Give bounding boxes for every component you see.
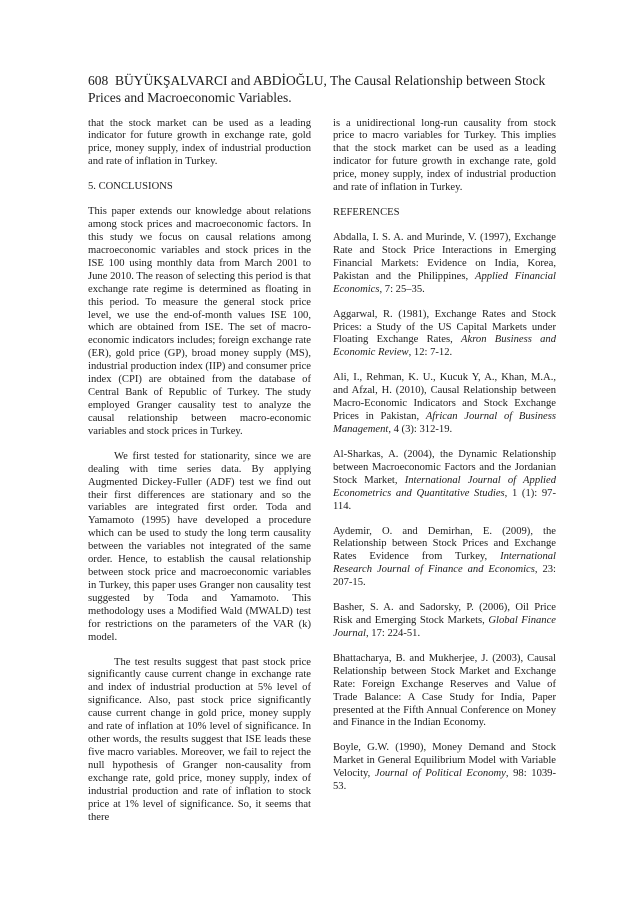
reference-text: , 12: 7-12. — [409, 347, 453, 358]
right-column: is a unidirectional long-run causality f… — [333, 118, 556, 807]
paragraph-closing: is a unidirectional long-run causality f… — [333, 118, 556, 196]
reference-text: , 7: 25–35. — [379, 284, 424, 295]
reference-item: Ali, I., Rehman, K. U., Kucuk Y, A., Kha… — [333, 372, 556, 437]
reference-list: Abdalla, I. S. A. and Murinde, V. (1997)… — [333, 232, 556, 794]
paragraph-conclusions-2: We first tested for stationarity, since … — [88, 451, 311, 645]
reference-text: , 4 (3): 312-19. — [388, 424, 452, 435]
paragraph-intro-continuation: that the stock market can be used as a l… — [88, 118, 311, 170]
section-heading-conclusions: 5. CONCLUSIONS — [88, 181, 311, 194]
reference-item: Basher, S. A. and Sadorsky, P. (2006), O… — [333, 602, 556, 641]
left-column: that the stock market can be used as a l… — [88, 118, 311, 837]
reference-text: Bhattacharya, B. and Mukherjee, J. (2003… — [333, 653, 556, 729]
reference-item: Aggarwal, R. (1981), Exchange Rates and … — [333, 309, 556, 361]
reference-item: Abdalla, I. S. A. and Murinde, V. (1997)… — [333, 232, 556, 297]
document-page: 608 BÜYÜKŞALVARCI and ABDİOĞLU, The Caus… — [0, 0, 638, 903]
two-column-body: that the stock market can be used as a l… — [88, 118, 556, 837]
paragraph-conclusions-3: The test results suggest that past stock… — [88, 657, 311, 825]
reference-item: Aydemir, O. and Demirhan, E. (2009), the… — [333, 526, 556, 591]
reference-item: Boyle, G.W. (1990), Money Demand and Sto… — [333, 742, 556, 794]
reference-text: , 17: 224-51. — [366, 628, 420, 639]
section-heading-references: REFERENCES — [333, 207, 556, 220]
reference-item: Al-Sharkas, A. (2004), the Dynamic Relat… — [333, 449, 556, 514]
reference-item: Bhattacharya, B. and Mukherjee, J. (2003… — [333, 653, 556, 731]
page-header: 608 BÜYÜKŞALVARCI and ABDİOĞLU, The Caus… — [88, 72, 568, 107]
journal-name: Journal of Political Economy — [375, 768, 506, 779]
paragraph-conclusions-1: This paper extends our knowledge about r… — [88, 206, 311, 439]
